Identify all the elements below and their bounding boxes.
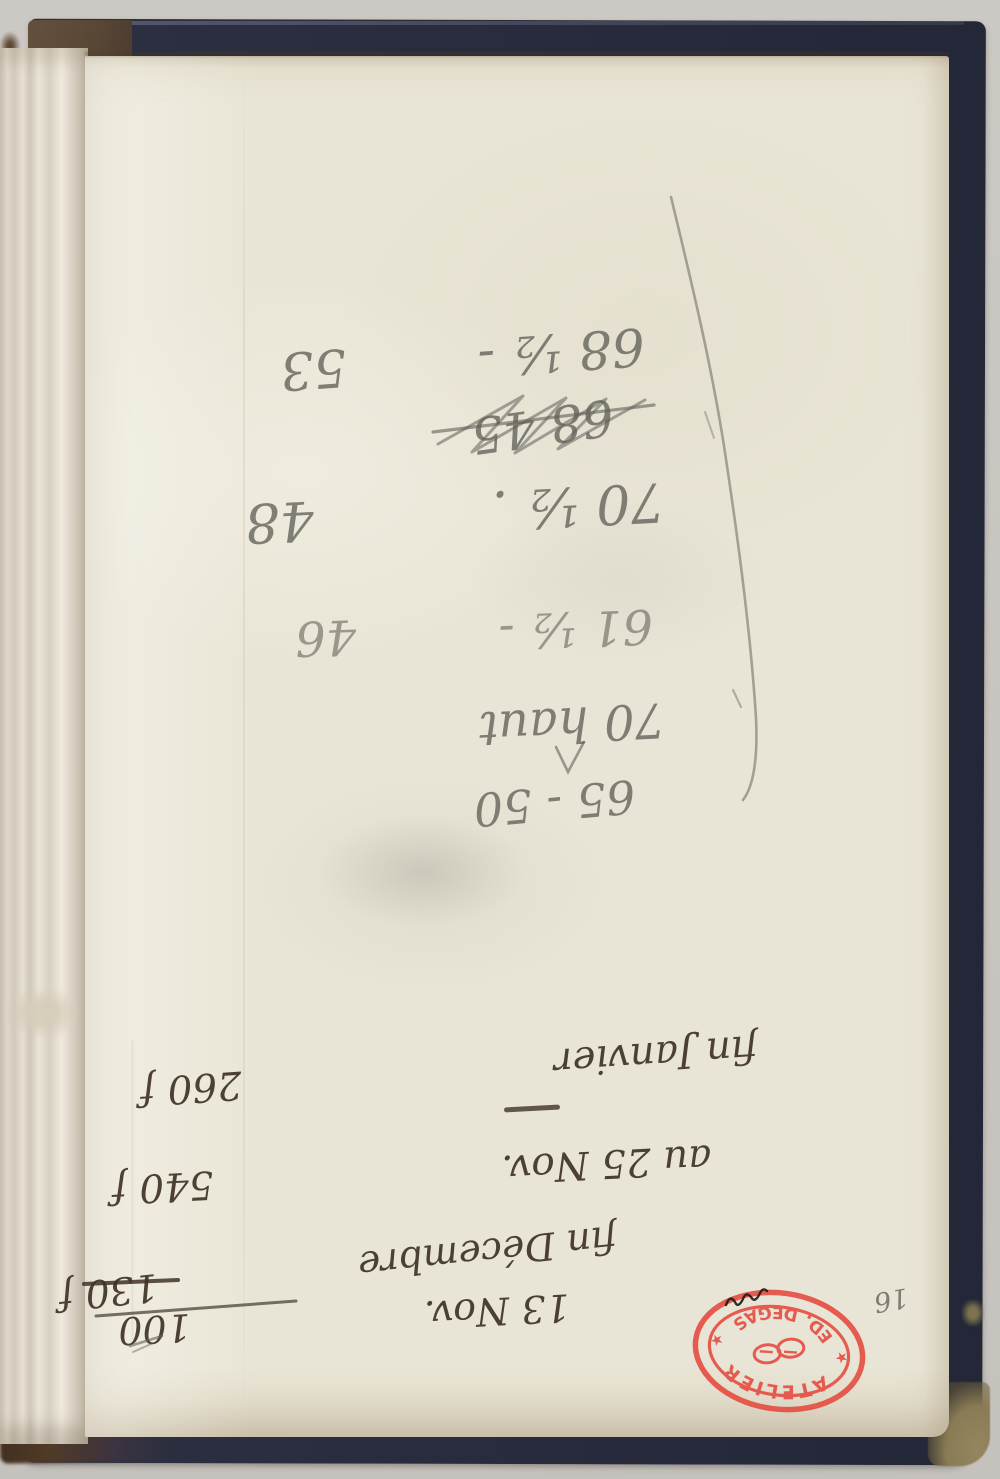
page-crease	[132, 1040, 133, 1340]
worn-spot-right-edge	[962, 1300, 984, 1326]
cover-edge-highlight	[34, 21, 964, 25]
page-seam	[243, 60, 245, 1430]
cloth-patch	[8, 990, 78, 1036]
notebook-scan: 68 ½ - 53 68 45 70 ½ . 48 61 ½ - 46 70 h…	[0, 0, 1000, 1479]
notebook-page	[85, 56, 949, 1437]
binding-cloth-strip	[0, 48, 88, 1444]
page-top-shadow	[85, 52, 949, 58]
